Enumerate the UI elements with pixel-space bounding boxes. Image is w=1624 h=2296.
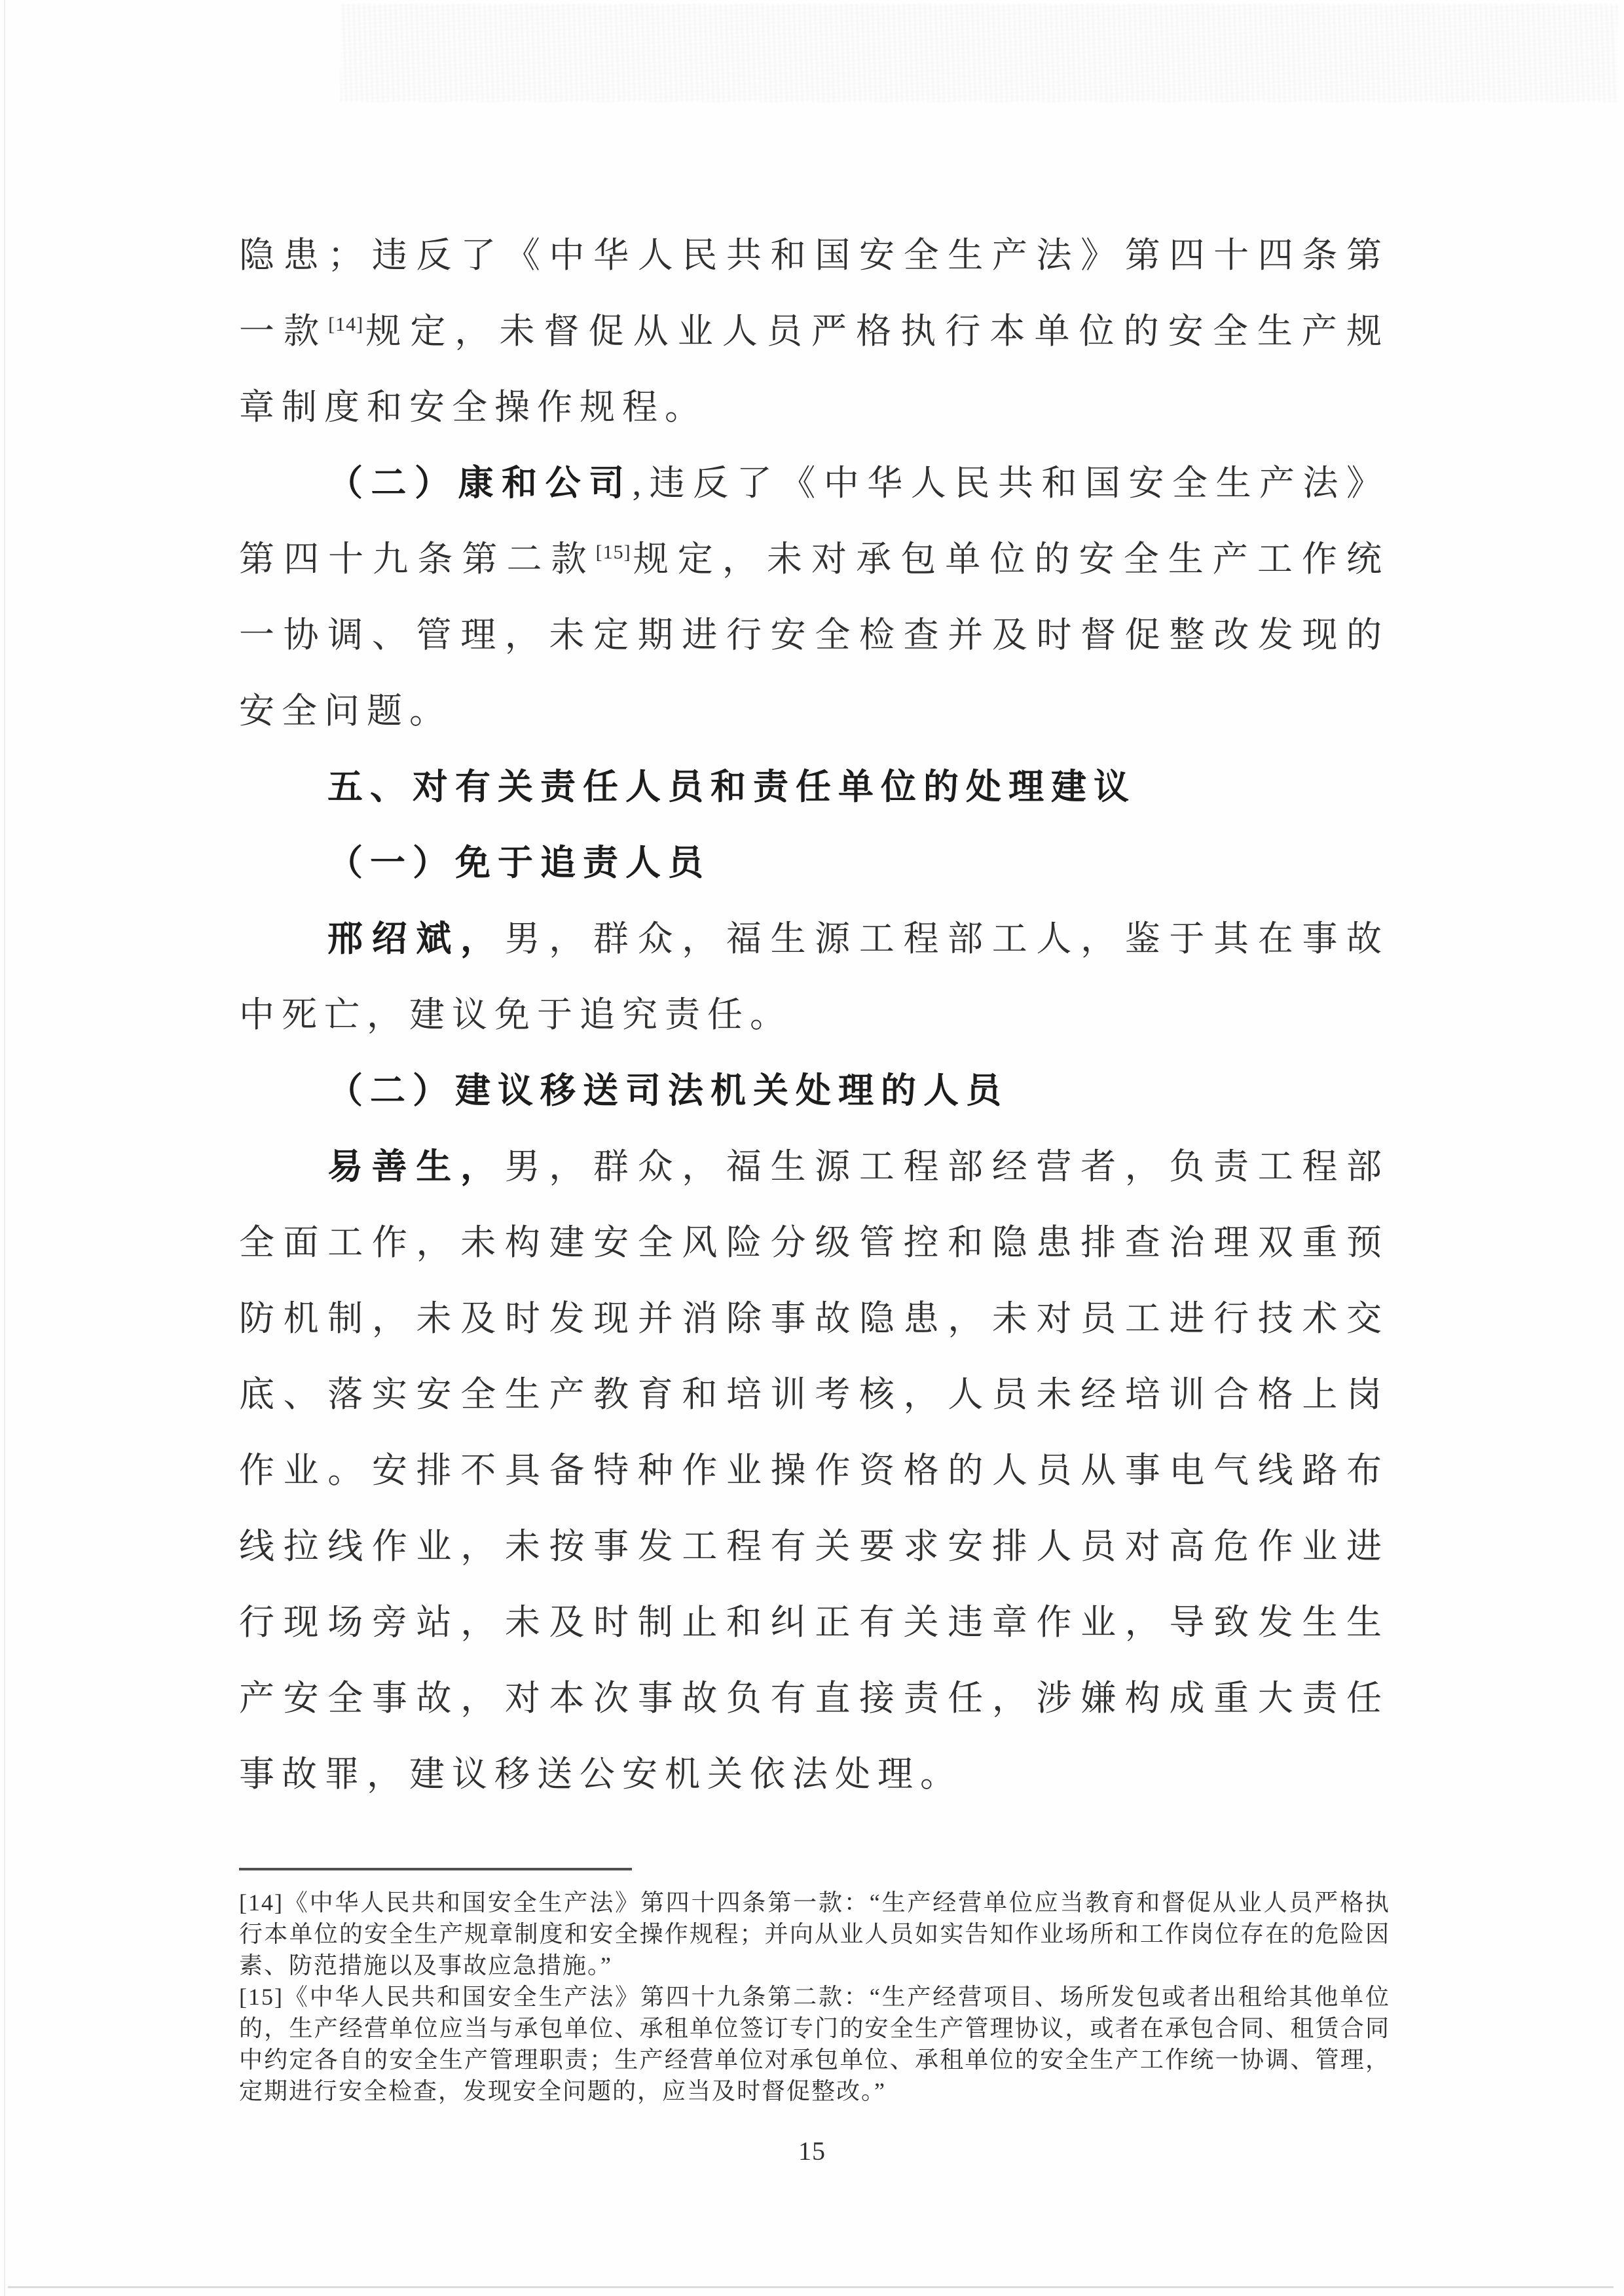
body-text-line: 章制度和安全操作规程。 (239, 369, 1389, 445)
body-text-line: 安全问题。 (239, 673, 1389, 749)
footnote-text-line: 中约定各自的安全生产管理职责；生产经营单位对承包单位、承租单位的安全生产工作统一… (239, 2044, 1390, 2075)
text-segment: 事故罪，建议移送公安机关依法处理。 (239, 1755, 963, 1794)
body-text-line: 事故罪，建议移送公安机关依法处理。 (239, 1736, 1389, 1812)
footnote-text-line: 素、防范措施以及事故应急措施。” (239, 1950, 1390, 1981)
text-segment: 产安全事故，对本次事故负有直接责任，涉嫌构成重大责任 (239, 1679, 1389, 1718)
text-segment: 一款 (239, 312, 328, 351)
text-segment: [15]《中华人民共和国安全生产法》第四十九条第二款：“生产经营项目、场所发包或… (239, 1984, 1390, 2010)
body-text-line: 线拉线作业，未按事发工程有关要求安排人员对高危作业进 (239, 1508, 1389, 1584)
text-segment: 底、落实安全生产教育和培训考核，人员未经培训合格上岗 (239, 1375, 1389, 1414)
page-number: 15 (0, 2136, 1624, 2166)
text-segment: 行本单位的安全生产规章制度和安全操作规程；并向从业人员如实告知作业场所和工作岗位… (239, 1921, 1390, 1947)
emphasis-text: （二）建议移送司法机关处理的人员 (327, 1071, 1008, 1110)
body-text-line: 作业。安排不具备特种作业操作资格的人员从事电气线路布 (239, 1432, 1389, 1508)
body-text-line: 底、落实安全生产教育和培训考核，人员未经培训合格上岗 (239, 1357, 1389, 1432)
body-text-line: 全面工作，未构建安全风险分级管控和隐患排查治理双重预 (239, 1205, 1389, 1281)
footnote-ref-marker: [14] (328, 314, 363, 335)
text-segment: 线拉线作业，未按事发工程有关要求安排人员对高危作业进 (239, 1527, 1389, 1566)
body-text-line: 中死亡，建议免于追究责任。 (239, 977, 1389, 1053)
text-segment: 章制度和安全操作规程。 (239, 388, 707, 427)
footnote-ref-marker: [15] (596, 541, 631, 563)
body-text-block: 隐患；违反了《中华人民共和国安全生产法》第四十四条第一款[14]规定，未督促从业… (239, 217, 1389, 1812)
emphasis-text: 邢绍斌， (327, 919, 505, 958)
text-segment: 的，生产经营单位应当与承包单位、承租单位签订专门的安全生产管理协议，或者在承包合… (239, 2015, 1390, 2041)
scan-bottom-edge (8, 2286, 1614, 2288)
text-segment: 安全问题。 (239, 691, 452, 731)
footnote-text-line: 定期进行安全检查，发现安全问题的，应当及时督促整改。” (239, 2075, 1390, 2107)
text-segment: 素、防范措施以及事故应急措施。” (239, 1952, 612, 1978)
body-text-line: 行现场旁站，未及时制止和纠正有关违章作业，导致发生生 (239, 1584, 1389, 1660)
text-segment: 防机制，未及时发现并消除事故隐患，未对员工进行技术交 (239, 1299, 1389, 1338)
body-text-line: 一款[14]规定，未督促从业人员严格执行本单位的安全生产规 (239, 293, 1389, 369)
text-segment: 隐患；违反了《中华人民共和国安全生产法》第四十四条第 (239, 236, 1389, 275)
text-segment: 全面工作，未构建安全风险分级管控和隐患排查治理双重预 (239, 1223, 1389, 1262)
emphasis-text: 易善生， (327, 1147, 505, 1186)
body-text-line: 五、对有关责任人员和责任单位的处理建议 (239, 749, 1389, 825)
text-segment: 规定，未督促从业人员严格执行本单位的安全生产规 (363, 312, 1389, 351)
body-text-line: 第四十九条第二款[15]规定，未对承包单位的安全生产工作统 (239, 521, 1389, 597)
text-segment: 中约定各自的安全生产管理职责；生产经营单位对承包单位、承租单位的安全生产工作统一… (239, 2047, 1390, 2073)
text-segment: 行现场旁站，未及时制止和纠正有关违章作业，导致发生生 (239, 1603, 1389, 1642)
scan-left-edge (4, 0, 5, 2296)
body-text-line: 防机制，未及时发现并消除事故隐患，未对员工进行技术交 (239, 1281, 1389, 1357)
emphasis-text: （二）康和公司 (327, 464, 633, 503)
emphasis-text: （一）免于追责人员 (327, 843, 710, 883)
body-text-line: 产安全事故，对本次事故负有直接责任，涉嫌构成重大责任 (239, 1660, 1389, 1736)
text-segment: 第四十九条第二款 (239, 539, 596, 579)
body-text-line: （二）建议移送司法机关处理的人员 (239, 1053, 1389, 1129)
footnote-separator (239, 1868, 632, 1870)
text-segment: 规定，未对承包单位的安全生产工作统 (631, 539, 1389, 579)
footnote-text-line: [14]《中华人民共和国安全生产法》第四十四条第一款：“生产经营单位应当教育和督… (239, 1887, 1390, 1918)
scan-noise-artifact (341, 4, 1617, 102)
text-segment: ,违反了《中华人民共和国安全生产法》 (633, 464, 1389, 503)
text-segment: 定期进行安全检查，发现安全问题的，应当及时督促整改。” (239, 2078, 886, 2104)
body-text-line: 一协调、管理，未定期进行安全检查并及时督促整改发现的 (239, 597, 1389, 673)
body-text-line: （二）康和公司,违反了《中华人民共和国安全生产法》 (239, 445, 1389, 521)
text-segment: 男，群众，福生源工程部工人，鉴于其在事故 (505, 919, 1389, 958)
body-text-line: 易善生，男，群众，福生源工程部经营者，负责工程部 (239, 1129, 1389, 1205)
footnote-text-line: 行本单位的安全生产规章制度和安全操作规程；并向从业人员如实告知作业场所和工作岗位… (239, 1918, 1390, 1950)
document-page: 隐患；违反了《中华人民共和国安全生产法》第四十四条第一款[14]规定，未督促从业… (0, 0, 1624, 2296)
footnotes-block: [14]《中华人民共和国安全生产法》第四十四条第一款：“生产经营单位应当教育和督… (239, 1887, 1390, 2107)
footnote-text-line: 的，生产经营单位应当与承包单位、承租单位签订专门的安全生产管理协议，或者在承包合… (239, 2013, 1390, 2044)
emphasis-text: 五、对有关责任人员和责任单位的处理建议 (327, 767, 1136, 807)
text-segment: [14]《中华人民共和国安全生产法》第四十四条第一款：“生产经营单位应当教育和督… (239, 1889, 1390, 1916)
text-segment: 中死亡，建议免于追究责任。 (239, 995, 792, 1034)
body-text-line: 邢绍斌，男，群众，福生源工程部工人，鉴于其在事故 (239, 901, 1389, 977)
body-text-line: （一）免于追责人员 (239, 825, 1389, 901)
text-segment: 作业。安排不具备特种作业操作资格的人员从事电气线路布 (239, 1451, 1389, 1490)
footnote-text-line: [15]《中华人民共和国安全生产法》第四十九条第二款：“生产经营项目、场所发包或… (239, 1981, 1390, 2013)
body-text-line: 隐患；违反了《中华人民共和国安全生产法》第四十四条第 (239, 217, 1389, 293)
text-segment: 男，群众，福生源工程部经营者，负责工程部 (505, 1147, 1389, 1186)
text-segment: 一协调、管理，未定期进行安全检查并及时督促整改发现的 (239, 615, 1389, 655)
